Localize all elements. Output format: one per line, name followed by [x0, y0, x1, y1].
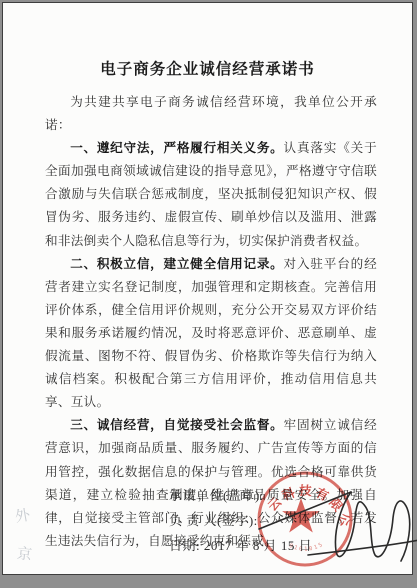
document-page: 电子商务企业诚信经营承诺书 为共建共享电子商务诚信经营环境，我单位公开承诺： 一… [2, 2, 413, 575]
section-1-heading: 一、遵纪守法，严格履行相关义务。 [70, 141, 283, 155]
intro-text: 为共建共享电子商务诚信经营环境，我单位公开承诺： [45, 95, 377, 132]
intro-paragraph: 为共建共享电子商务诚信经营环境，我单位公开承诺： [45, 91, 377, 137]
section-1-body: 认真落实《关于全面加强电商领域诚信建设的指导意见》，严格遵守守信联合激励与失信联… [45, 141, 377, 247]
scanned-document: 电子商务企业诚信经营承诺书 为共建共享电子商务诚信经营环境，我单位公开承诺： 一… [0, 0, 417, 588]
document-title: 电子商务企业诚信经营承诺书 [3, 57, 412, 79]
unit-label: 承诺单位(盖章): [169, 488, 264, 503]
section-2: 二、积极立信，建立健全信用记录。对入驻平台的经营者建立实名登记制度，加强管理和定… [45, 253, 377, 415]
person-label: 负 责 人(签字): [169, 513, 258, 528]
section-1: 一、遵纪守法，严格履行相关义务。认真落实《关于全面加强电商领域诚信建设的指导意见… [45, 137, 377, 252]
section-3-heading: 三、诚信经营，自觉接受社会监督。 [70, 418, 283, 432]
unit-line: 承诺单位(盖章): [169, 483, 312, 508]
date-value: 2017 年 8 月 15 日 [204, 538, 312, 553]
section-2-heading: 二、积极立信，建立健全信用记录。 [70, 257, 283, 271]
pencil-mark-1: 外 [13, 504, 29, 527]
date-label: 日期: [169, 538, 204, 553]
section-2-body: 对入驻平台的经营者建立实名登记制度，加强管理和定期核查。完善信用评价体系，健全信… [45, 257, 377, 410]
date-line: 日期: 2017 年 8 月 15 日 [169, 533, 312, 558]
person-line: 负 责 人(签字): [169, 508, 312, 533]
signoff-block: 承诺单位(盖章): 负 责 人(签字): 日期: 2017 年 8 月 15 日 [169, 483, 312, 558]
pencil-mark-2: 京 [16, 542, 33, 564]
